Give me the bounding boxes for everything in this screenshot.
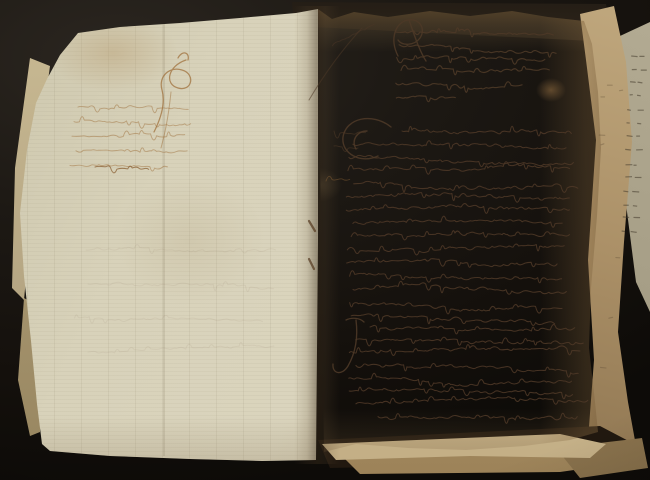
manuscript-photo [0,0,650,480]
handwriting-ink-layer [0,0,650,480]
